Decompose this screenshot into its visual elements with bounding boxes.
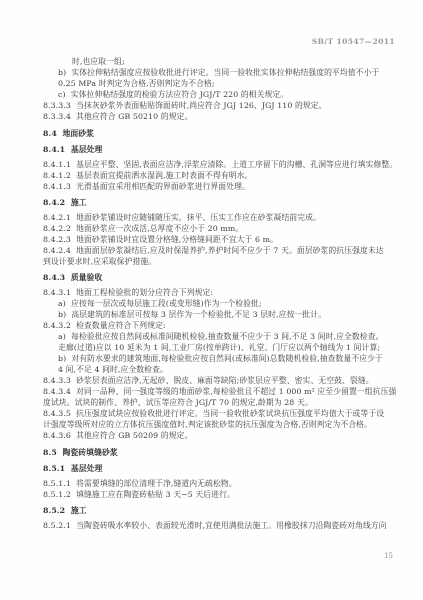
text-line: 8.4.3.3 砂浆层表面应洁净,无起砂、脱皮、麻面等缺陷;砂浆层应平整、密实、… [43, 375, 398, 386]
text-line: 8.4.2 施工 [43, 197, 398, 208]
text-line: b) 高层建筑的标准层可按每 3 层作为一个检验批,不足 3 层时,应按一批计。 [43, 309, 398, 320]
text-line: 8.4.3.5 抗压强度试块应按验收批进行评定。当同一验收批砂浆试块抗压强度平均… [43, 408, 398, 419]
text-line: 8.5 陶瓷砖填缝砂浆 [43, 447, 398, 458]
text-line: 8.4.2.4 地面面层砂浆凝结后,应及时保湿养护,养护时间不应少于 7 天。面… [43, 245, 398, 256]
document-page: SB/T 10547—2011 时,也应取一组;b) 实体拉伸粘结强度应按验收批… [0, 0, 423, 600]
text-line: 8.4.1.1 基层应平整、坚固,表面应洁净,浮浆应清除。上道工序留下的沟槽、孔… [43, 159, 398, 170]
text-line: 8.4.1 基层处理 [43, 144, 398, 155]
text-line: a) 每检验批应按自然间或标准间随机检验,抽查数量不应少于 3 间,不足 3 间… [43, 331, 398, 342]
text-line: 度试块。试块的制作、养护、试压等应符合 JGJ/T 70 的规定,龄期为 28 … [43, 397, 398, 408]
text-line: a) 应按每一层次或每层施工段(或变形缝)作为一个检验批; [43, 298, 398, 309]
document-body: 时,也应取一组;b) 实体拉伸粘结强度应按验收批进行评定。当同一验收批实体拉伸粘… [43, 56, 398, 531]
text-line: c) 实体拉伸粘结强度的检验方法应符合 JGJ/T 220 的相关规定。 [43, 89, 398, 100]
page-number: 15 [384, 552, 393, 560]
text-line: 8.4.1.3 光滑基面宜采用相匹配的界面砂浆进行界面处理。 [43, 181, 398, 192]
text-line: 8.4 地面砂浆 [43, 128, 398, 139]
text-line: 8.5.2 施工 [43, 505, 398, 516]
text-line: 8.4.2.1 地面砂浆铺设时应随铺随压实。抹平、压实工作应在砂浆凝结前完成。 [43, 212, 398, 223]
text-line: 8.4.3.2 检查数量应符合下列规定: [43, 320, 398, 331]
text-line: b) 实体拉伸粘结强度应按验收批进行评定。当同一验收批实体拉伸粘结强度的平均值不… [43, 67, 398, 78]
text-line: 8.4.3 质量验收 [43, 272, 398, 283]
text-line: 8.4.1.2 基层表面宜提前洒水湿润,施工时表面不得有明水。 [43, 170, 398, 181]
text-line: 8.5.2.1 当陶瓷砖吸水率较小、表面较光滑时,宜使用满批法施工。用橡胶抹刀沿… [43, 520, 398, 531]
text-line: 8.5.1 基层处理 [43, 463, 398, 474]
text-line: 8.4.2.3 地面砂浆铺设时宜设置分格缝,分格缝间距不宜大于 6 m。 [43, 234, 398, 245]
text-line: 4 间,不足 4 间时,应全数检查。 [43, 364, 398, 375]
text-line: 8.3.3.3 当抹灰砂浆外表面粘贴饰面砖时,尚应符合 JGJ 126、JGJ … [43, 100, 398, 111]
text-line: b) 对有防水要求的建筑地面,每检验批应按自然间(或标准间)总数随机检验,抽查数… [43, 353, 398, 364]
text-line: 0.25 MPa 时判定为合格,否则判定为不合格; [43, 78, 398, 89]
text-line: 8.4.3.4 对同一品种、同一强度等级的地面砂浆,每检验批且不超过 1 000… [43, 386, 398, 397]
text-line: 到设计要求时,应采取保护措施。 [43, 256, 398, 267]
text-line: 时,也应取一组; [43, 56, 398, 67]
text-line: 8.3.3.4 其他应符合 GB 50210 的规定。 [43, 111, 398, 122]
text-line: 8.4.3.6 其他应符合 GB 50209 的规定。 [43, 430, 398, 441]
standard-number-header: SB/T 10547—2011 [312, 37, 395, 46]
text-line: 8.5.1.1 将需要填缝的部位清理干净,缝道内无疏松物。 [43, 478, 398, 489]
text-line: 8.5.1.2 填缝施工应在陶瓷砖粘贴 3 天~5 天后进行。 [43, 489, 398, 500]
text-line: 计强度等级所对应的立方体抗压强度值时,判定该批砂浆的抗压强度为合格,否则判定为不… [43, 419, 398, 430]
text-line: 走廊(过道)应以 10 延米为 1 间,工业厂房(按单跨计)、礼堂、门厅应以两个… [43, 342, 398, 353]
text-line: 8.4.2.2 地面砂浆应一次成活,总厚度不应小于 20 mm。 [43, 223, 398, 234]
text-line: 8.4.3.1 地面工程检验批的划分应符合下列规定: [43, 287, 398, 298]
